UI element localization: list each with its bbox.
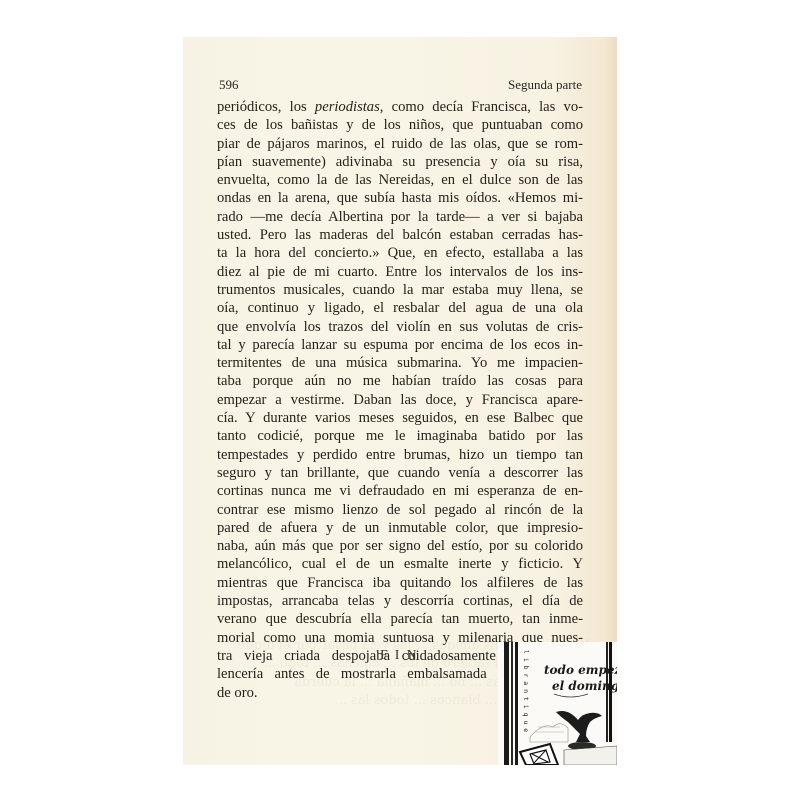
text-line: envuelta, como la de las Nereidas, en el… bbox=[217, 171, 583, 189]
text-line: rado —me decía Albertina por la tarde— a… bbox=[217, 208, 583, 226]
bookseller-stamp: l i b r a n t i q u e todo empezó el dom… bbox=[498, 642, 617, 765]
text-line: empezar a vestirme. Daban las doce, y Fr… bbox=[217, 391, 583, 409]
running-head: 596 Segunda parte bbox=[219, 77, 582, 93]
section-title: Segunda parte bbox=[508, 77, 582, 93]
text-line: periódicos, los periodistas, como decía … bbox=[217, 98, 583, 116]
text-line: pían suavemente) adivinaba su presencia … bbox=[217, 153, 583, 171]
italic-term: periodistas, bbox=[315, 99, 384, 115]
text-line: diez al pie de mi cuarto. Entre los inte… bbox=[217, 263, 583, 281]
text-line: oía, continuo y ligado, el resbalar del … bbox=[217, 299, 583, 317]
page-number: 596 bbox=[219, 77, 239, 93]
text-line: piar de pájaros marinos, el ruido de las… bbox=[217, 135, 583, 153]
text-line: ondas en la arena, que subía hasta mis o… bbox=[217, 189, 583, 207]
text-line: ces de los bañistas y de los niños, que … bbox=[217, 116, 583, 134]
text-line: termitentes de una música submarina. Yo … bbox=[217, 354, 583, 372]
body-text: periódicos, los periodistas, como decía … bbox=[217, 98, 583, 702]
text-line: pared de afuera y de un inmutable color,… bbox=[217, 519, 583, 537]
text-line: tempestades y perdido entre brumas, hizo… bbox=[217, 446, 583, 464]
text-line: que envolvía los trazos del violín en su… bbox=[217, 318, 583, 336]
text-line: melancólico, cual el de un esmalte inert… bbox=[217, 555, 583, 573]
text-line: verano que descubría ella parecía tan mu… bbox=[217, 610, 583, 628]
text-line: cía. Y durante varios meses seguidos, en… bbox=[217, 409, 583, 427]
text-line: ta la hora del concierto.» Que, en efect… bbox=[217, 244, 583, 262]
svg-text:el domingo: el domingo bbox=[552, 679, 617, 693]
text-line: usted. Pero las maderas del balcón estab… bbox=[217, 226, 583, 244]
end-mark: FIN bbox=[380, 648, 424, 664]
svg-text:todo empezó: todo empezó bbox=[544, 663, 617, 677]
text-line: contrar ese mismo lienzo de sol pegado a… bbox=[217, 501, 583, 519]
eagle-statue-illustration-icon: l i b r a n t i q u e todo empezó el dom… bbox=[498, 642, 617, 765]
text-line: tanto codicié, porque me le imaginaba ba… bbox=[217, 427, 583, 445]
text-line: seguro y tan brillante, que cuando venía… bbox=[217, 464, 583, 482]
text-line: tal y parecía lanzar su espuma por encim… bbox=[217, 336, 583, 354]
text-line: trumentos musicales, cuando la mar estab… bbox=[217, 281, 583, 299]
stamp-side-text: l i b r a n t i q u e bbox=[522, 650, 530, 732]
text-line: naba, aún más que por ser signo del estí… bbox=[217, 537, 583, 555]
text-line: cortinas nunca me vi defraudado en mi es… bbox=[217, 482, 583, 500]
text-line: taba porque aún no me habían traído las … bbox=[217, 372, 583, 390]
book-page: Vo salía con mis amigas ... las veía pas… bbox=[183, 37, 617, 765]
text-line: mientras que Francisca iba quitando los … bbox=[217, 574, 583, 592]
text-line: impostas, arrancaba telas y descorría co… bbox=[217, 592, 583, 610]
